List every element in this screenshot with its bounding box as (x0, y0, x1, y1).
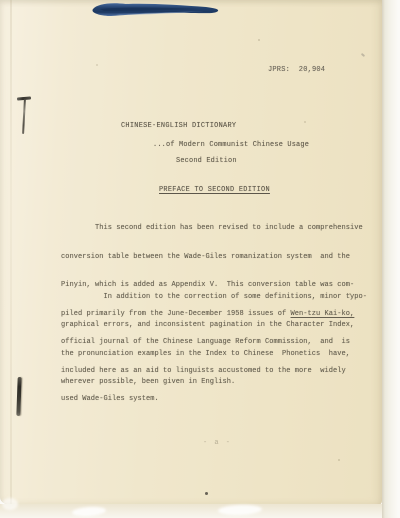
paper-speck (96, 64, 98, 66)
paper-sheet: JPRS: 20,904 CHINESE-ENGLISH DICTIONARY … (0, 0, 382, 506)
paper-speck (361, 53, 365, 57)
section-heading: PREFACE TO SECOND EDITION (159, 186, 270, 194)
blue-marker-redaction-mark (86, 0, 224, 20)
paragraph-line: graphical errors, and inconsistent pagin… (61, 321, 367, 331)
document-subtitle: ...of Modern Communist Chinese Usage (153, 141, 309, 149)
paper-speck (258, 39, 260, 41)
paragraph-line: the pronunciation examples in the Index … (61, 350, 367, 360)
paper-speck (338, 459, 340, 461)
scanned-document-page: JPRS: 20,904 CHINESE-ENGLISH DICTIONARY … (0, 0, 400, 518)
paragraph-line: wherever possible, been given in English… (61, 378, 367, 388)
paper-speck (304, 121, 306, 123)
paragraph-line: conversion table between the Wade-Giles … (61, 253, 363, 263)
preface-paragraph-2: In addition to the correction of some de… (61, 274, 367, 407)
page-number: - a - (203, 439, 232, 447)
page-right-edge-shadow (382, 0, 400, 518)
paper-speck (205, 492, 208, 495)
document-title: CHINESE-ENGLISH DICTIONARY (121, 122, 236, 130)
paragraph-line: This second edition has been revised to … (61, 224, 363, 234)
jprs-report-number: JPRS: 20,904 (268, 66, 325, 74)
paper-speck (151, 341, 153, 343)
page-curl-highlight (2, 498, 18, 510)
paper-speck (349, 293, 351, 295)
paragraph-line: In addition to the correction of some de… (61, 293, 367, 303)
edition-line: Second Edition (176, 157, 237, 165)
paper-crease (10, 0, 12, 505)
underlying-pages-edge (0, 504, 386, 518)
